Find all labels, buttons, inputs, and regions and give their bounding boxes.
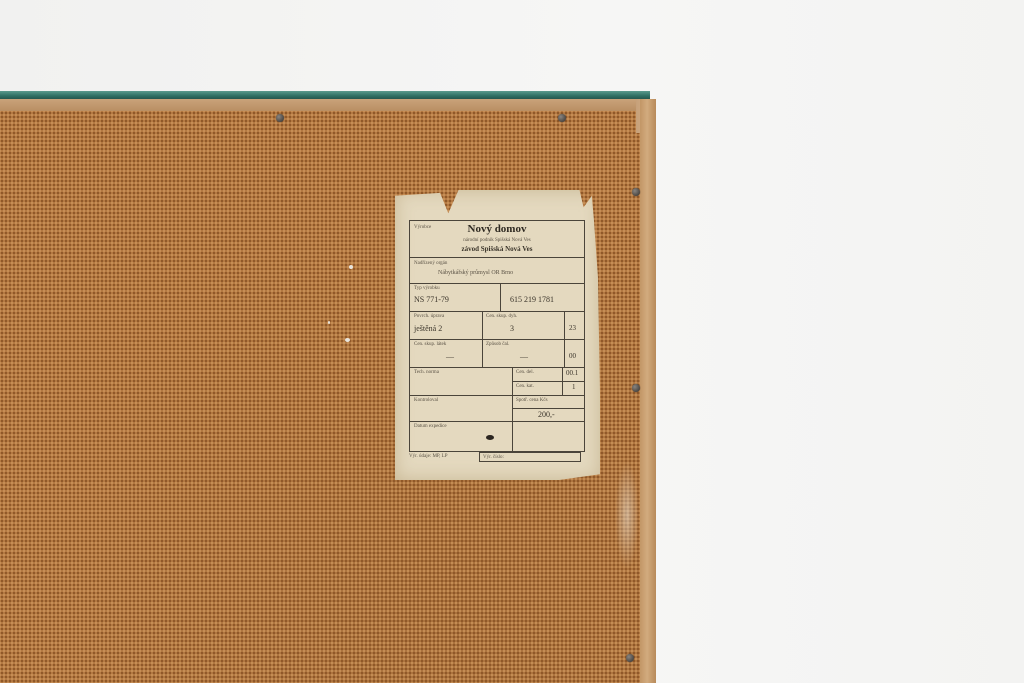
typ-label: Typ výrobku <box>414 286 440 291</box>
nail-head <box>558 114 566 122</box>
ink-blot <box>486 435 494 440</box>
divider <box>410 283 584 284</box>
cen-latek-label: Cen. skup. látek <box>414 342 446 347</box>
label-form-grid: Výrobce Nový domov národní podnik Spišsk… <box>409 220 585 452</box>
nail-head <box>632 188 640 196</box>
kontroloval-label: Kontroloval <box>414 398 438 403</box>
divider <box>410 339 584 340</box>
footer-left: Výr. údaje: MP, LP <box>409 454 447 459</box>
povrch-label: Povrch. úprava <box>414 314 444 319</box>
datum-label: Datum expedice <box>414 424 447 429</box>
paint-scuff-mark <box>615 460 639 570</box>
company-subtitle: národní podnik Spišská Nová Ves <box>410 238 584 243</box>
divider <box>410 395 584 396</box>
cen-del-label: Cen. del. <box>516 370 534 375</box>
cen-del-value: 00.1 <box>566 369 578 377</box>
nail-head <box>632 384 640 392</box>
footer-right: Výr. číslo: <box>483 455 504 460</box>
nail-head <box>626 654 634 662</box>
divider <box>500 283 501 311</box>
manufacturer-label: Výrobce Nový domov národní podnik Spišsk… <box>395 190 600 480</box>
nadrizeny-value: Nábytkářský průmysl OR Brno <box>438 270 513 276</box>
povrch-value: ještěná 2 <box>414 324 442 333</box>
cabinet-frame-right-side <box>640 99 656 683</box>
divider <box>410 311 584 312</box>
plant-name: závod Spišská Nová Ves <box>410 245 584 253</box>
divider <box>410 367 584 368</box>
zpusob-label: Způsob čal. <box>486 342 509 347</box>
nail-head <box>276 114 284 122</box>
typ-value: NS 771-79 <box>414 295 449 304</box>
divider <box>512 381 584 382</box>
spotr-cena-label: Spotř. cena Kčs <box>516 398 548 403</box>
col-00-value: 00 <box>569 352 576 360</box>
col-23-value: 23 <box>569 324 576 332</box>
cen-dyh-label: Cen. skup. dyh. <box>486 314 517 319</box>
brand-name: Nový domov <box>410 223 584 235</box>
nadrizeny-label: Nadřízený orgán <box>414 261 447 266</box>
white-speck <box>345 338 350 342</box>
divider <box>410 257 584 258</box>
white-speck <box>349 265 353 269</box>
cen-kat-label: Cen. kat. <box>516 384 534 389</box>
cen-dyh-value: 3 <box>510 324 514 333</box>
spotr-cena-value: 200,- <box>538 410 555 419</box>
cen-latek-value: — <box>446 352 454 361</box>
divider <box>512 367 513 451</box>
white-speck <box>328 321 330 324</box>
cabinet-frame-top <box>0 99 652 111</box>
cen-kat-value: 1 <box>572 383 576 391</box>
footer-right-box: Výr. číslo: <box>479 452 581 462</box>
tech-label: Tech. norma <box>414 370 439 375</box>
zpusob-value: — <box>520 352 528 361</box>
product-code: 615 219 1781 <box>510 295 554 304</box>
divider <box>410 421 584 422</box>
divider <box>512 408 584 409</box>
